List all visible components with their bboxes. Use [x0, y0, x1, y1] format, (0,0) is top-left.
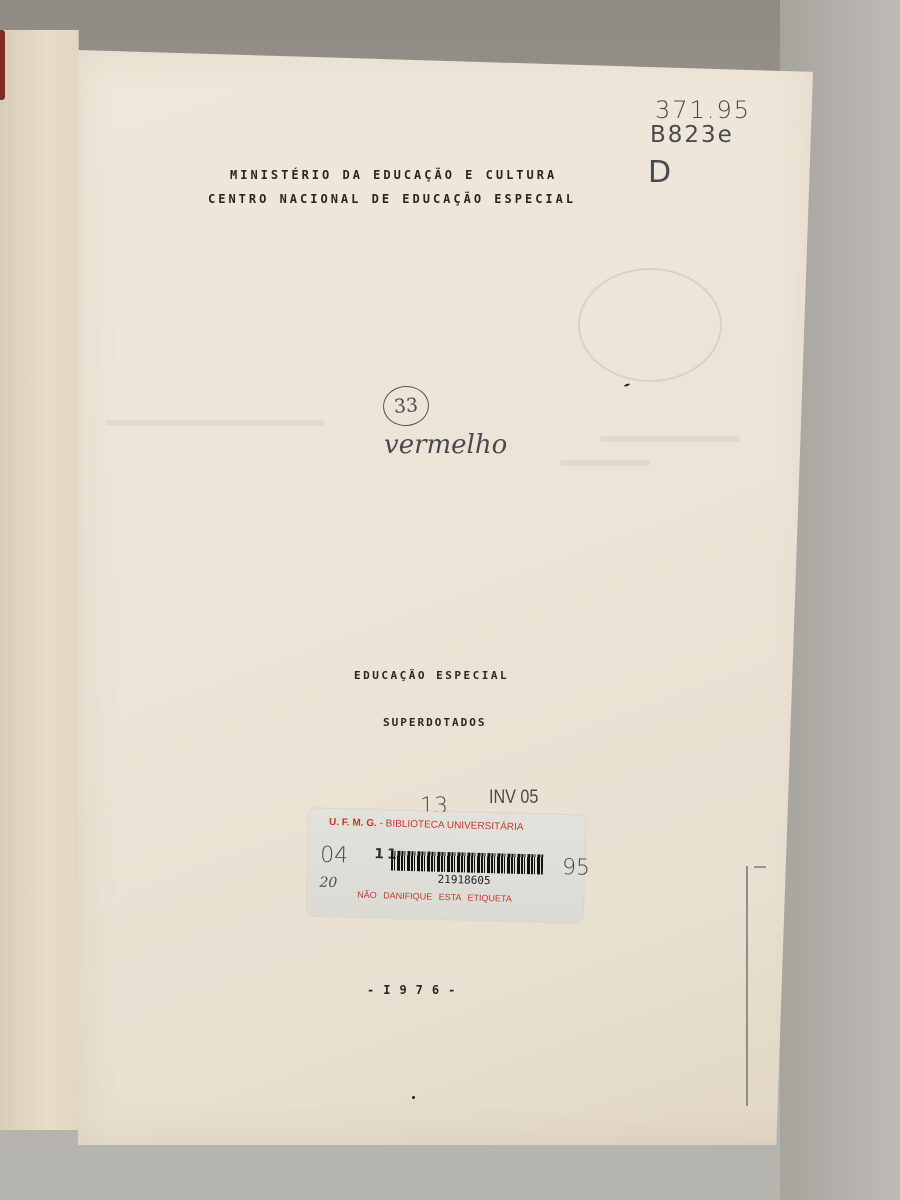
label-warning: NÃO DANIFIQUE ESTA ETIQUETA [357, 890, 512, 904]
bleed-through-text [560, 460, 650, 466]
faded-stamp [578, 268, 722, 382]
barcode [391, 851, 543, 875]
barcode-number: 21918605 [437, 873, 490, 887]
bleed-through-text [105, 420, 325, 426]
page-fold-mark [746, 866, 770, 1106]
label-library-name: U. F. M. G. - BIBLIOTECA UNIVERSITÁRIA [329, 817, 524, 833]
call-number-letter: D [648, 155, 671, 190]
label-hand-year: 95 [562, 855, 591, 881]
label-hand-day: 04 [320, 843, 349, 869]
call-number-cutter: B823e [650, 122, 734, 148]
title-page [78, 50, 813, 1145]
publication-year: -I976- [367, 983, 464, 997]
bleed-through-text [600, 436, 740, 442]
inventory-code: INV 05 [489, 787, 538, 809]
center-heading: CENTRO NACIONAL DE EDUCAÇÃO ESPECIAL [208, 192, 576, 206]
call-number-class: 371.95 [655, 96, 751, 124]
title-line-2: SUPERDOTADOS [383, 716, 486, 729]
label-hand-note: 20 [319, 875, 337, 891]
library-label: U. F. M. G. - BIBLIOTECA UNIVERSITÁRIA 0… [307, 808, 586, 922]
handwritten-note: vermelho [384, 430, 507, 460]
facing-page [0, 30, 79, 1130]
cover-edge [0, 30, 5, 100]
ink-speck [412, 1096, 415, 1099]
title-line-1: EDUCAÇÃO ESPECIAL [354, 669, 509, 682]
ministry-heading: MINISTÉRIO DA EDUCAÇÃO E CULTURA [230, 168, 557, 182]
